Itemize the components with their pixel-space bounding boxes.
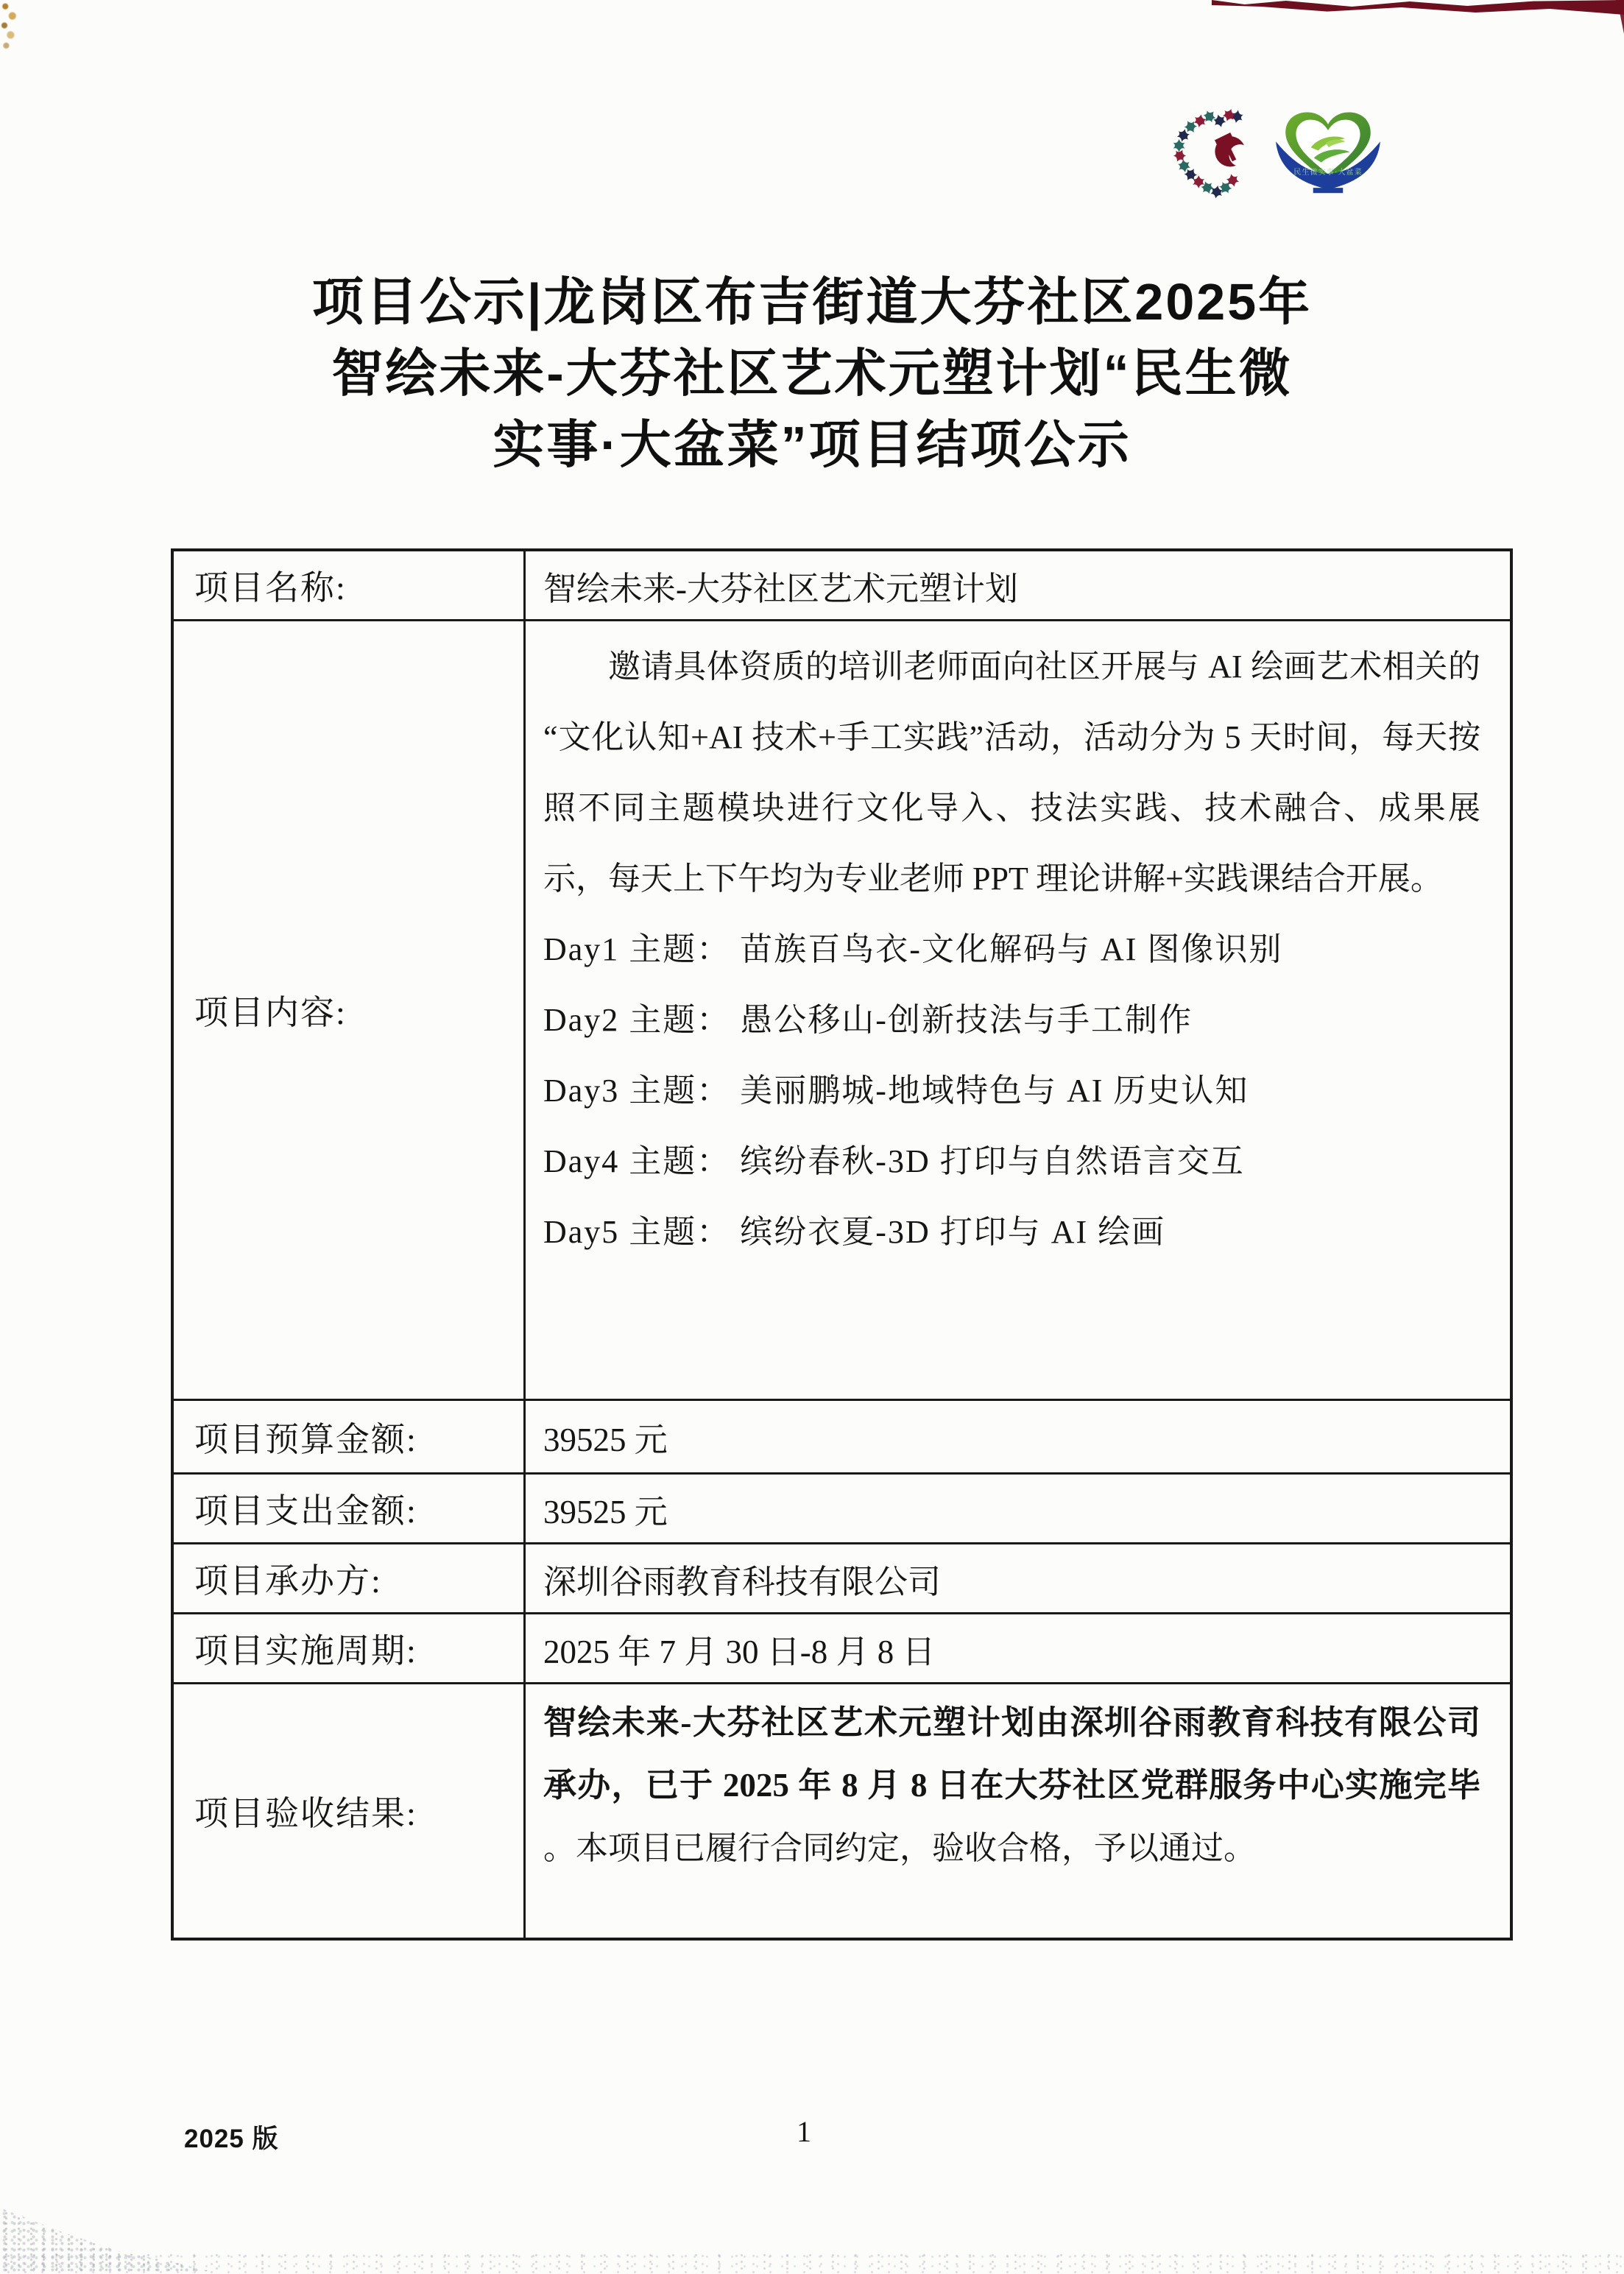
header-logos: 民生微实事·大盆菜 <box>1160 105 1384 206</box>
content-paragraph: 邀请具体资质的培训老师面向社区开展与 AI 绘画艺术相关的“文化认知+AI 技术… <box>543 632 1480 914</box>
table-row-undertaker: 项目承办方: 深圳谷雨教育科技有限公司 <box>174 1542 1510 1612</box>
row-value: 深圳谷雨教育科技有限公司 <box>526 1544 1510 1612</box>
scan-artifact-top-left <box>0 0 18 53</box>
day-item-5: Day5 主题： 缤纷衣夏-3D 打印与 AI 绘画 <box>543 1197 1480 1268</box>
table-row-budget-amount: 项目预算金额: 39525 元 <box>174 1399 1510 1472</box>
project-table: 项目名称: 智绘未来-大芬社区艺术元塑计划 项目内容: 邀请具体资质的培训老师面… <box>171 548 1513 1941</box>
row-label: 项目内容: <box>174 621 526 1399</box>
row-value: 智绘未来-大芬社区艺术元塑计划 <box>526 551 1510 619</box>
bowl-logo-text: 民生微实事·大盆菜 <box>1293 167 1363 177</box>
day-item-1: Day1 主题： 苗族百鸟衣-文化解码与 AI 图像识别 <box>543 914 1480 985</box>
row-label: 项目实施周期: <box>174 1614 526 1682</box>
row-value: 智绘未来-大芬社区艺术元塑计划由深圳谷雨教育科技有限公司承办，已于 2025 年… <box>526 1684 1510 1938</box>
party-heart-logo-icon <box>1160 105 1254 206</box>
page-title: 项目公示|龙岗区布吉街道大芬社区2025年 智绘未来-大芬社区艺术元塑计划“民生… <box>0 266 1624 481</box>
acceptance-result-bold-text: 智绘未来-大芬社区艺术元塑计划由深圳谷雨教育科技有限公司承办，已于 2025 年… <box>543 1704 1480 1804</box>
hammer-sickle-icon <box>1210 130 1247 169</box>
table-row-acceptance-result: 项目验收结果: 智绘未来-大芬社区艺术元塑计划由深圳谷雨教育科技有限公司承办，已… <box>174 1682 1510 1938</box>
row-label: 项目支出金额: <box>174 1475 526 1542</box>
page-title-line-3: 实事·大盆菜”项目结项公示 <box>0 409 1624 481</box>
table-row-implementation-period: 项目实施周期: 2025 年 7 月 30 日-8 月 8 日 <box>174 1612 1510 1682</box>
page-title-line-1: 项目公示|龙岗区布吉街道大芬社区2025年 <box>0 266 1624 338</box>
row-label: 项目承办方: <box>174 1544 526 1612</box>
row-value: 39525 元 <box>526 1401 1510 1472</box>
scan-artifact-top-right <box>1212 0 1624 15</box>
row-value: 2025 年 7 月 30 日-8 月 8 日 <box>526 1614 1510 1682</box>
row-label: 项目预算金额: <box>174 1401 526 1472</box>
day-item-4: Day4 主题： 缤纷春秋-3D 打印与自然语言交互 <box>543 1126 1480 1197</box>
footer-edition-label: 2025 版 <box>184 2119 279 2155</box>
row-label: 项目名称: <box>174 551 526 619</box>
table-row-project-content: 项目内容: 邀请具体资质的培训老师面向社区开展与 AI 绘画艺术相关的“文化认知… <box>174 619 1510 1399</box>
day-item-2: Day2 主题： 愚公移山-创新技法与手工制作 <box>543 985 1480 1056</box>
scan-artifact-bottom-noise <box>0 2252 1624 2274</box>
day-item-3: Day3 主题： 美丽鹏城-地域特色与 AI 历史认知 <box>543 1056 1480 1126</box>
scanned-document-page: 民生微实事·大盆菜 项目公示|龙岗区布吉街道大芬社区2025年 智绘未来-大芬社… <box>0 0 1624 2274</box>
row-value: 邀请具体资质的培训老师面向社区开展与 AI 绘画艺术相关的“文化认知+AI 技术… <box>526 621 1510 1399</box>
row-label: 项目验收结果: <box>174 1684 526 1938</box>
acceptance-result-regular-text: 。本项目已履行合同约定，验收合格，予以通过。 <box>543 1830 1256 1866</box>
page-title-line-2: 智绘未来-大芬社区艺术元塑计划“民生微 <box>0 338 1624 409</box>
footer-page-number: 1 <box>797 2114 811 2149</box>
minsheng-bowl-logo-icon: 民生微实事·大盆菜 <box>1272 105 1384 200</box>
table-row-spend-amount: 项目支出金额: 39525 元 <box>174 1472 1510 1542</box>
table-row-project-name: 项目名称: 智绘未来-大芬社区艺术元塑计划 <box>174 551 1510 619</box>
row-value: 39525 元 <box>526 1475 1510 1542</box>
